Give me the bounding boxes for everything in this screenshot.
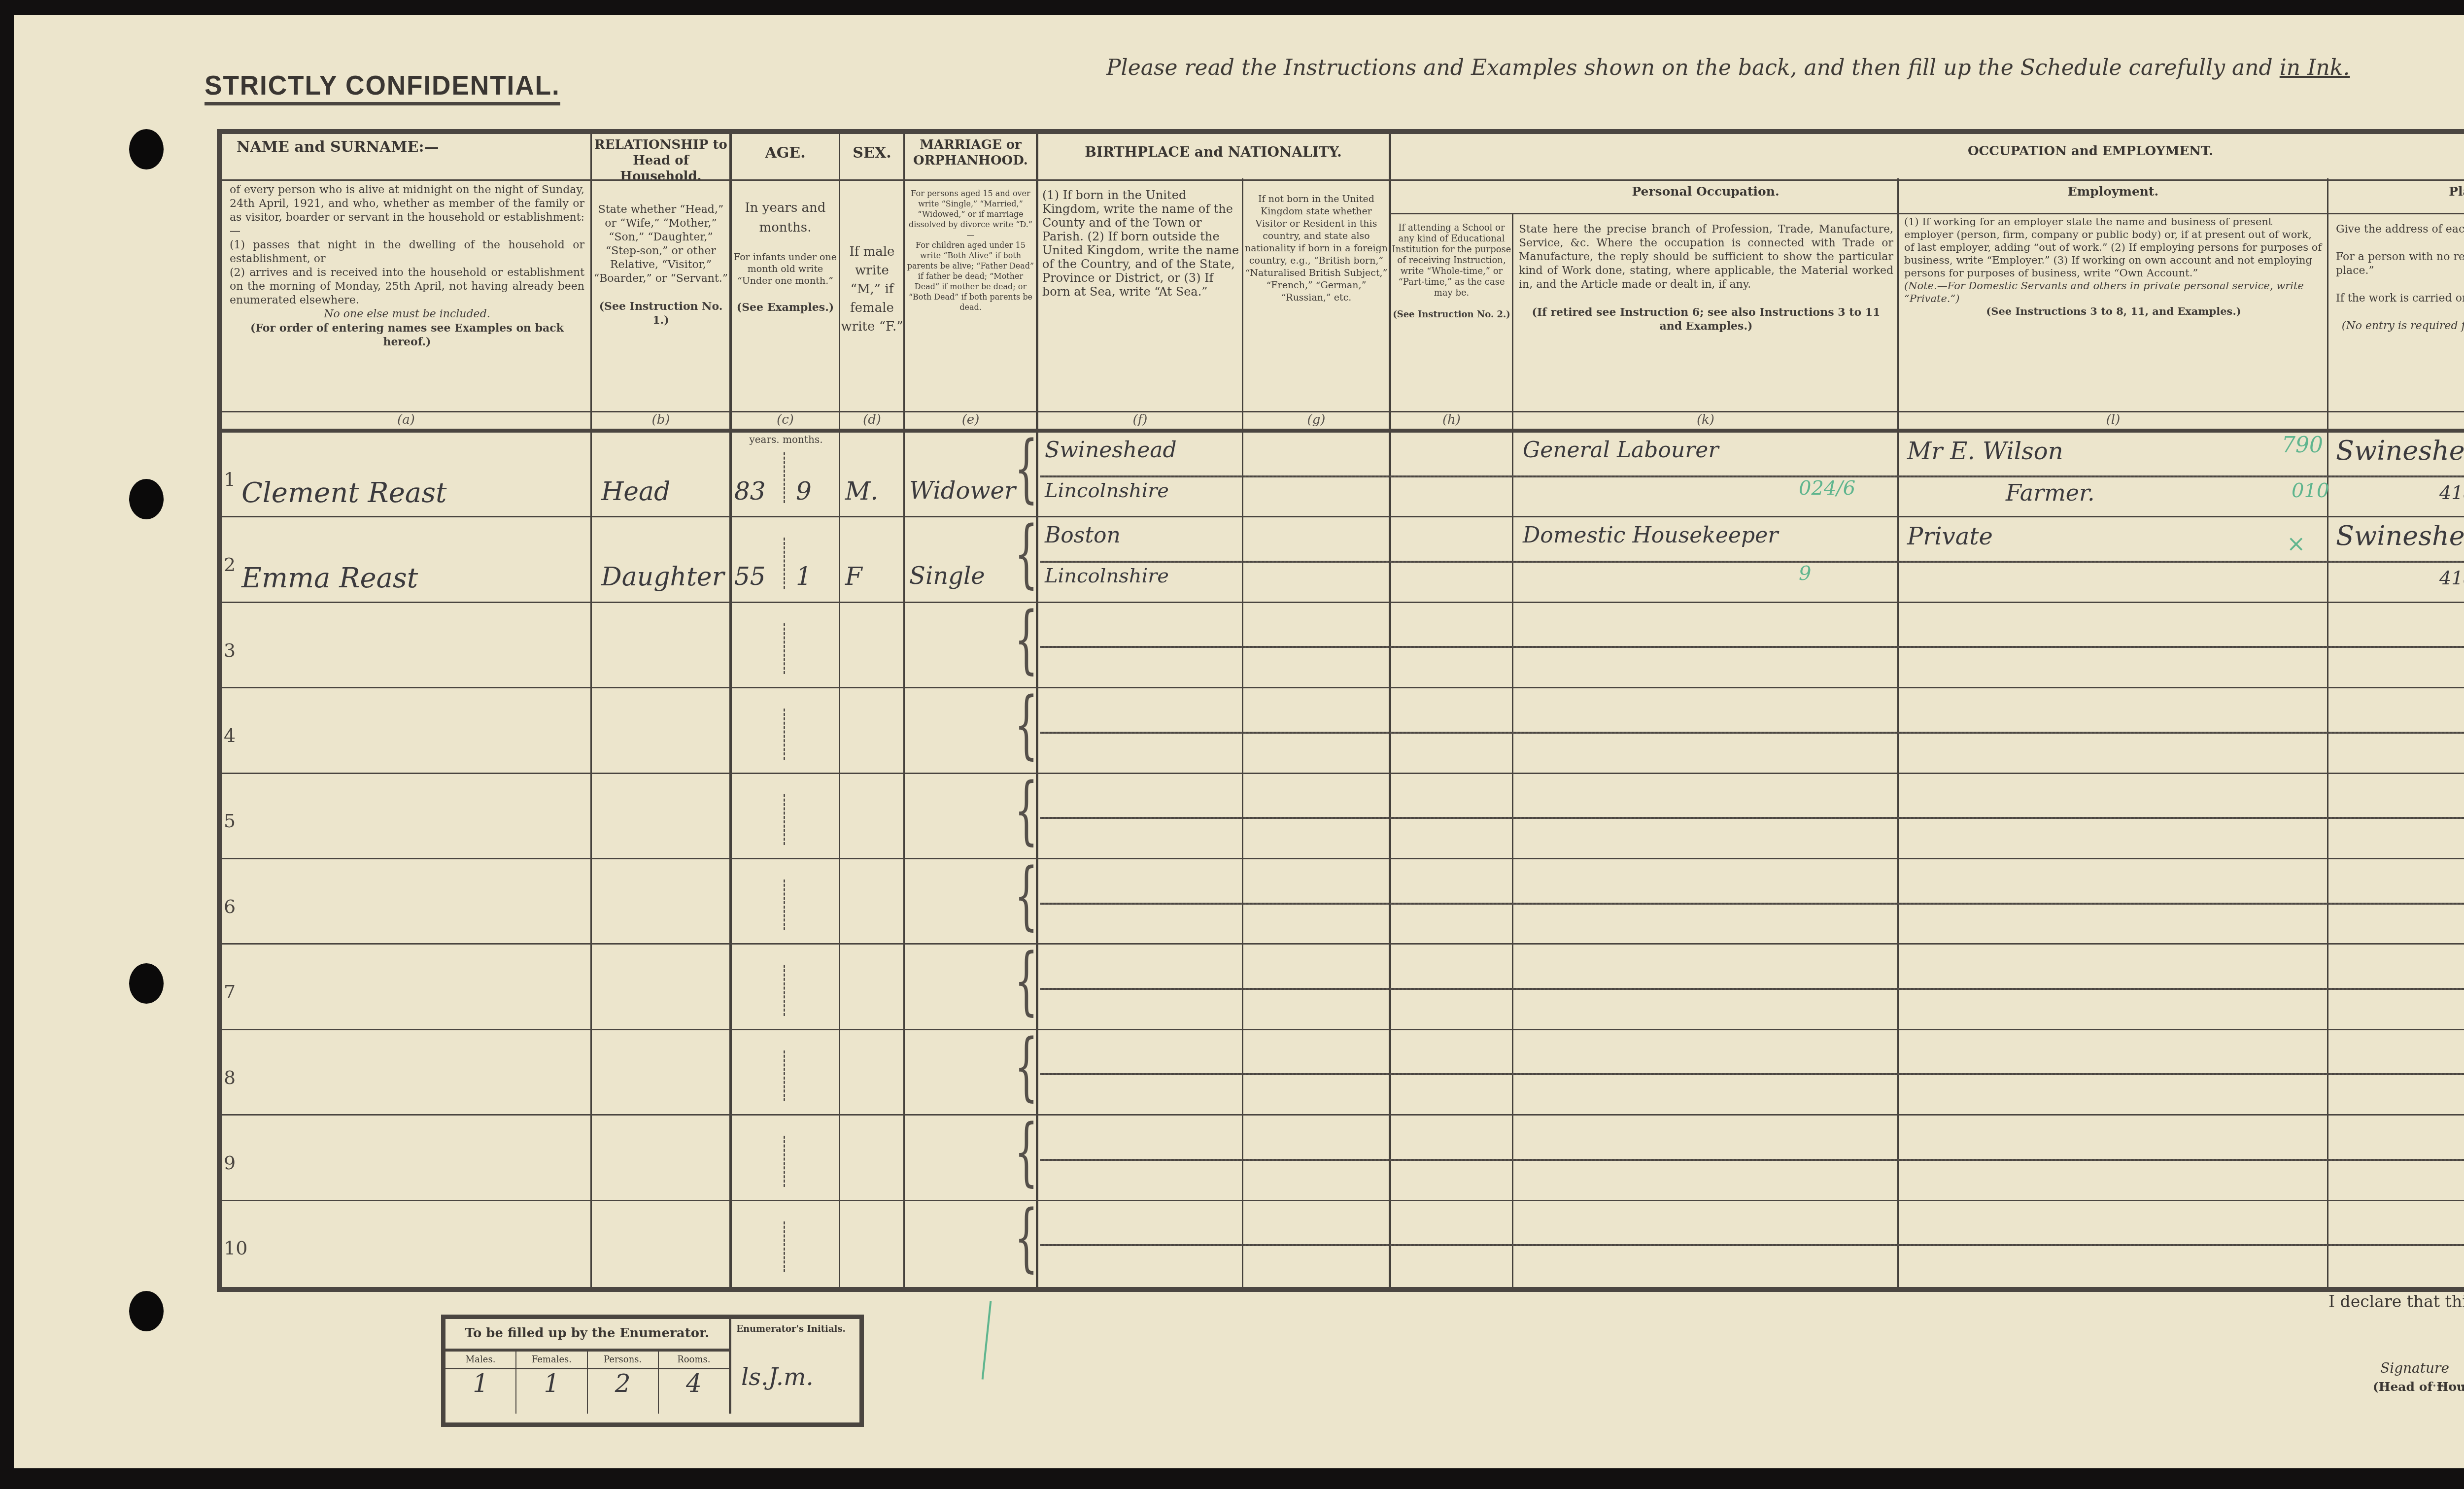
punch-hole <box>129 1291 164 1331</box>
row-number: 6 <box>224 896 236 917</box>
brace-icon: { <box>1015 1115 1038 1189</box>
row-midrule <box>1040 646 2464 648</box>
field-place-code[interactable]: 418170 <box>2439 567 2464 589</box>
field-employer-code[interactable]: 790 <box>2282 433 2323 458</box>
row-number: 8 <box>224 1067 236 1088</box>
signature-note: (Head of Household, Manager of Establish… <box>2373 1380 2464 1394</box>
enumerator-box-title: To be filled up by the Enumerator. <box>445 1319 729 1352</box>
col-e-instructions: For persons aged 15 and over write “Sing… <box>905 188 1036 405</box>
brace-icon: { <box>1015 859 1038 933</box>
initials-label: Enumerator's Initials. <box>731 1324 851 1334</box>
field-birthplace-county[interactable]: Lincolnshire <box>1045 565 1169 587</box>
field-occupation-code[interactable]: 9 <box>1799 562 1811 585</box>
row-rule <box>222 943 2464 945</box>
col-g-instructions: If not born in the United Kingdom state … <box>1244 193 1389 405</box>
brace-icon: { <box>1015 944 1038 1018</box>
age-subheader: years. months. <box>734 434 838 445</box>
col-l-title: Employment. <box>1899 183 2327 211</box>
row-number: 7 <box>224 981 236 1003</box>
row-number: 4 <box>224 725 236 746</box>
row-rule <box>222 858 2464 859</box>
age-split <box>784 538 785 588</box>
age-split <box>784 794 785 845</box>
col-k-instructions: State here the precise branch of Profess… <box>1519 223 1893 405</box>
col-f-letter: (f) <box>1038 412 1242 427</box>
col-d-letter: (d) <box>841 412 903 427</box>
row-number: 1 <box>224 469 236 490</box>
col-b-title: RELATIONSHIP to Head of Household. <box>592 137 729 179</box>
confidential-title: STRICTLY CONFIDENTIAL. <box>205 69 560 105</box>
rooms-cell: Rooms.4 <box>659 1352 729 1414</box>
occupation-group-title: OCCUPATION and EMPLOYMENT. <box>1514 143 2464 172</box>
col-k-title: Personal Occupation. <box>1514 183 1897 211</box>
field-place-of-work[interactable]: Swineshead <box>2336 520 2464 551</box>
enumerator-counts: Males.1 Females.1 Persons.2 Rooms.4 <box>445 1352 729 1414</box>
table-row: {6Age last birthday.UnderOne123456789101… <box>222 860 2464 945</box>
row-midrule <box>1040 988 2464 990</box>
col-m-title: Place of Work. <box>2329 183 2464 211</box>
field-age-years[interactable]: 83 <box>734 477 766 506</box>
females-cell: Females.1 <box>516 1352 587 1414</box>
brace-icon: { <box>1015 603 1038 677</box>
field-occupation[interactable]: General Labourer <box>1523 438 1718 463</box>
field-employer-mark[interactable]: × <box>2287 530 2306 557</box>
row-midrule <box>1040 1159 2464 1161</box>
age-split <box>784 709 785 759</box>
field-occupation[interactable]: Domestic Housekeeper <box>1523 523 1778 548</box>
row-midrule <box>1040 1073 2464 1075</box>
header-rule <box>222 429 2464 433</box>
col-a-letter: (a) <box>222 412 590 427</box>
punch-hole <box>129 963 164 1004</box>
col-m-letter: (m) <box>2329 412 2464 427</box>
row-midrule <box>1040 903 2464 905</box>
table-row: {9Age last birthday.UnderOne123456789101… <box>222 1116 2464 1201</box>
brace-icon: { <box>1015 432 1038 506</box>
col-d-title: SEX. <box>841 145 903 179</box>
brace-icon: { <box>1015 517 1038 591</box>
field-name[interactable]: Emma Reast <box>241 562 418 594</box>
col-l-instructions: (1) If working for an employer state the… <box>1904 215 2323 407</box>
field-employer[interactable]: Private <box>1907 523 1993 550</box>
table-row: {10Age last birthday.UnderOne12345678910… <box>222 1202 2464 1287</box>
table-row: {2Emma ReastDaughter551FSingleBostonLinc… <box>222 518 2464 603</box>
enumerator-initials: ls.J.m. <box>741 1363 814 1391</box>
col-b-instructions: State whether “Head,” or “Wife,” “Mother… <box>592 203 729 400</box>
age-split <box>784 623 785 674</box>
col-f-instructions: (1) If born in the United Kingdom, write… <box>1042 188 1239 405</box>
col-d-instructions: If male write “M,” if female write “F.” <box>841 242 903 390</box>
signature-label: Signature <box>2380 1360 2449 1376</box>
enumerator-count-box: To be filled up by the Enumerator. Enume… <box>441 1315 864 1427</box>
declaration-text: I declare that this Schedule is correctl… <box>2328 1292 2464 1311</box>
age-split <box>784 1136 785 1186</box>
field-name[interactable]: Clement Reast <box>241 477 446 509</box>
col-m-instructions: Give the address of each person's place … <box>2336 223 2464 405</box>
field-age-years[interactable]: 55 <box>734 562 766 591</box>
row-midrule <box>1040 732 2464 734</box>
birthplace-group-title: BIRTHPLACE and NATIONALITY. <box>1038 144 1388 178</box>
row-rule <box>222 602 2464 603</box>
col-c-title: AGE. <box>732 145 839 179</box>
table-row: {7Age last birthday.UnderOne123456789101… <box>222 945 2464 1030</box>
header-rule <box>222 179 2464 181</box>
col-a-instructions: of every person who is alive at midnight… <box>230 183 584 410</box>
col-c-letter: (c) <box>732 412 839 427</box>
row-rule <box>222 773 2464 774</box>
age-split <box>784 452 785 503</box>
field-birthplace-county[interactable]: Lincolnshire <box>1045 479 1169 502</box>
census-table: NAME and SURNAME:— of every person who i… <box>217 129 2464 1292</box>
brace-icon: { <box>1015 1201 1038 1275</box>
field-marriage[interactable]: Widower <box>909 477 1016 505</box>
field-sex[interactable]: F <box>845 562 862 591</box>
persons-cell: Persons.2 <box>588 1352 659 1414</box>
header-rule <box>1390 213 2464 214</box>
row-midrule <box>1040 817 2464 819</box>
row-rule <box>222 687 2464 688</box>
row-number: 5 <box>224 810 236 832</box>
col-e-title: MARRIAGE or ORPHANHOOD. <box>905 137 1036 179</box>
col-b-letter: (b) <box>592 412 729 427</box>
brace-icon: { <box>1015 774 1038 847</box>
field-place-code[interactable]: 418170 <box>2439 482 2464 504</box>
col-g-letter: (g) <box>1244 412 1389 427</box>
brace-icon: { <box>1015 1030 1038 1104</box>
row-midrule <box>1040 475 2464 477</box>
row-midrule <box>1040 1244 2464 1246</box>
row-rule <box>222 1029 2464 1030</box>
punch-hole <box>129 129 164 169</box>
field-employer[interactable]: Mr E. Wilson <box>1907 438 2063 465</box>
field-age-months[interactable]: 9 <box>796 477 812 506</box>
col-h-instructions: If attending a School or any kind of Edu… <box>1391 223 1512 405</box>
instruction-line: Please read the Instructions and Example… <box>1106 55 2350 80</box>
field-occupation-code[interactable]: 024/6 <box>1799 477 1855 500</box>
brace-icon: { <box>1015 688 1038 762</box>
punch-hole <box>129 479 164 519</box>
row-number: 2 <box>224 554 236 575</box>
row-rule <box>222 1200 2464 1201</box>
col-k-letter: (k) <box>1514 412 1897 427</box>
col-l-letter: (l) <box>1899 412 2327 427</box>
row-rule <box>222 516 2464 517</box>
row-midrule <box>1040 561 2464 563</box>
field-birthplace-town[interactable]: Swineshead <box>1045 438 1177 463</box>
table-row: {3Age last birthday.UnderOne123456789101… <box>222 604 2464 689</box>
field-relationship[interactable]: Daughter <box>601 562 724 592</box>
field-sex[interactable]: M. <box>845 477 878 506</box>
field-birthplace-town[interactable]: Boston <box>1045 523 1121 548</box>
row-rule <box>222 1114 2464 1116</box>
field-marriage[interactable]: Single <box>909 562 985 590</box>
col-a-title: NAME and SURNAME:— <box>222 139 590 178</box>
males-cell: Males.1 <box>445 1352 516 1414</box>
age-split <box>784 880 785 930</box>
field-age-months[interactable]: 1 <box>796 562 812 591</box>
field-relationship[interactable]: Head <box>601 477 670 507</box>
field-employer-business[interactable]: Farmer. <box>2006 479 2095 506</box>
row-number: 9 <box>224 1152 236 1174</box>
col-e-letter: (e) <box>905 412 1036 427</box>
field-place-of-work[interactable]: Swineshead <box>2336 435 2464 466</box>
table-row: {5Age last birthday.UnderOne123456789101… <box>222 775 2464 860</box>
field-employer-code2[interactable]: 010 <box>2292 479 2329 502</box>
row-number: 10 <box>224 1237 247 1259</box>
age-split <box>784 1050 785 1101</box>
col-c-instructions: In years and months. For infants under o… <box>732 198 839 405</box>
age-split <box>784 1221 785 1272</box>
table-row: {4Age last birthday.UnderOne123456789101… <box>222 689 2464 774</box>
col-h-letter: (h) <box>1391 412 1512 427</box>
age-split <box>784 965 785 1015</box>
table-row: {8Age last birthday.UnderOne123456789101… <box>222 1031 2464 1116</box>
row-number: 3 <box>224 640 236 661</box>
table-row: {1years. months.Clement ReastHead839M.Wi… <box>222 433 2464 518</box>
